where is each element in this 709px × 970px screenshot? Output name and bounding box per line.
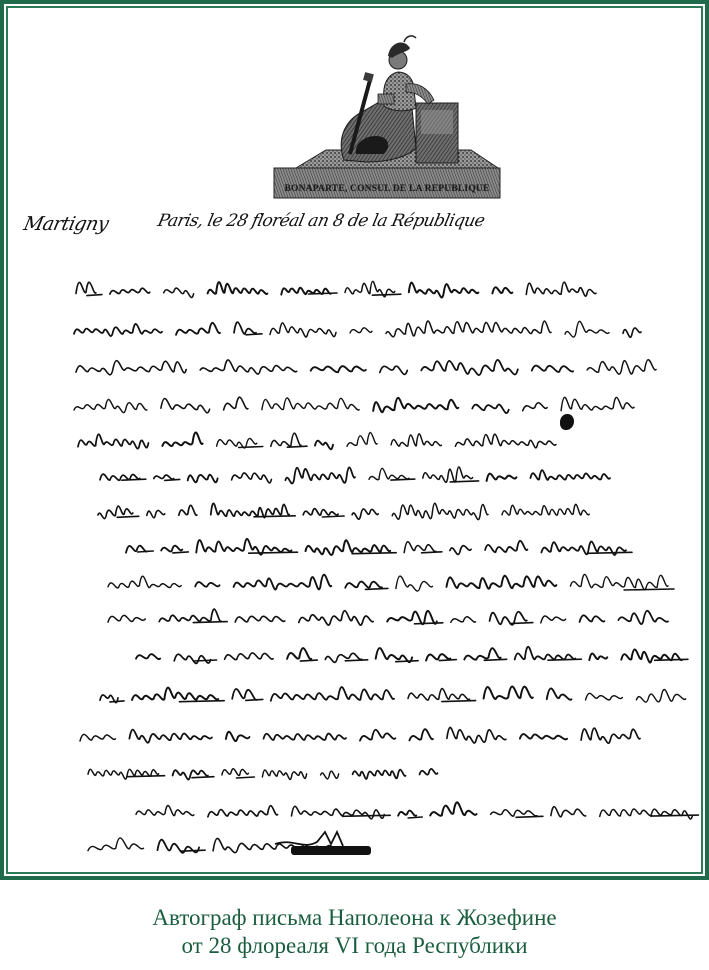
document-frame: BONAPARTE, CONSUL DE LA REPUBLIQUE Marti… xyxy=(0,0,709,880)
letterhead: BONAPARTE, CONSUL DE LA REPUBLIQUE xyxy=(266,28,506,203)
signature xyxy=(273,826,373,860)
handwriting-line xyxy=(126,528,626,562)
addressee-handwriting: Martigny xyxy=(22,213,111,235)
caption: Автограф письма Наполеона к Жозефине от … xyxy=(0,904,709,960)
handwriting-line xyxy=(76,348,656,382)
handwriting-line xyxy=(76,270,596,304)
handwriting-line xyxy=(100,456,610,490)
seated-republic-figure-icon xyxy=(266,28,506,203)
document-frame-inner-rule: BONAPARTE, CONSUL DE LA REPUBLIQUE Marti… xyxy=(6,6,703,874)
handwriting-line xyxy=(108,564,668,598)
handwriting-line xyxy=(80,716,640,750)
caption-line-2: от 28 флореаля VI года Республики xyxy=(0,932,709,960)
handwriting-line xyxy=(100,676,680,710)
handwriting-line xyxy=(98,492,588,526)
handwriting-line xyxy=(74,310,634,344)
handwriting-line xyxy=(74,386,634,420)
handwriting-line xyxy=(136,636,676,670)
handwriting-line xyxy=(108,598,668,632)
dateline-handwriting: Paris, le 28 floréal an 8 de la Républiq… xyxy=(156,211,486,231)
letterhead-banner: BONAPARTE, CONSUL DE LA REPUBLIQUE xyxy=(276,182,498,196)
handwriting-line xyxy=(136,792,686,826)
handwriting-line xyxy=(78,422,548,456)
ink-blot xyxy=(560,414,574,430)
handwriting-line xyxy=(88,752,428,786)
letter-page: BONAPARTE, CONSUL DE LA REPUBLIQUE Marti… xyxy=(8,8,703,874)
caption-line-1: Автограф письма Наполеона к Жозефине xyxy=(0,904,709,932)
